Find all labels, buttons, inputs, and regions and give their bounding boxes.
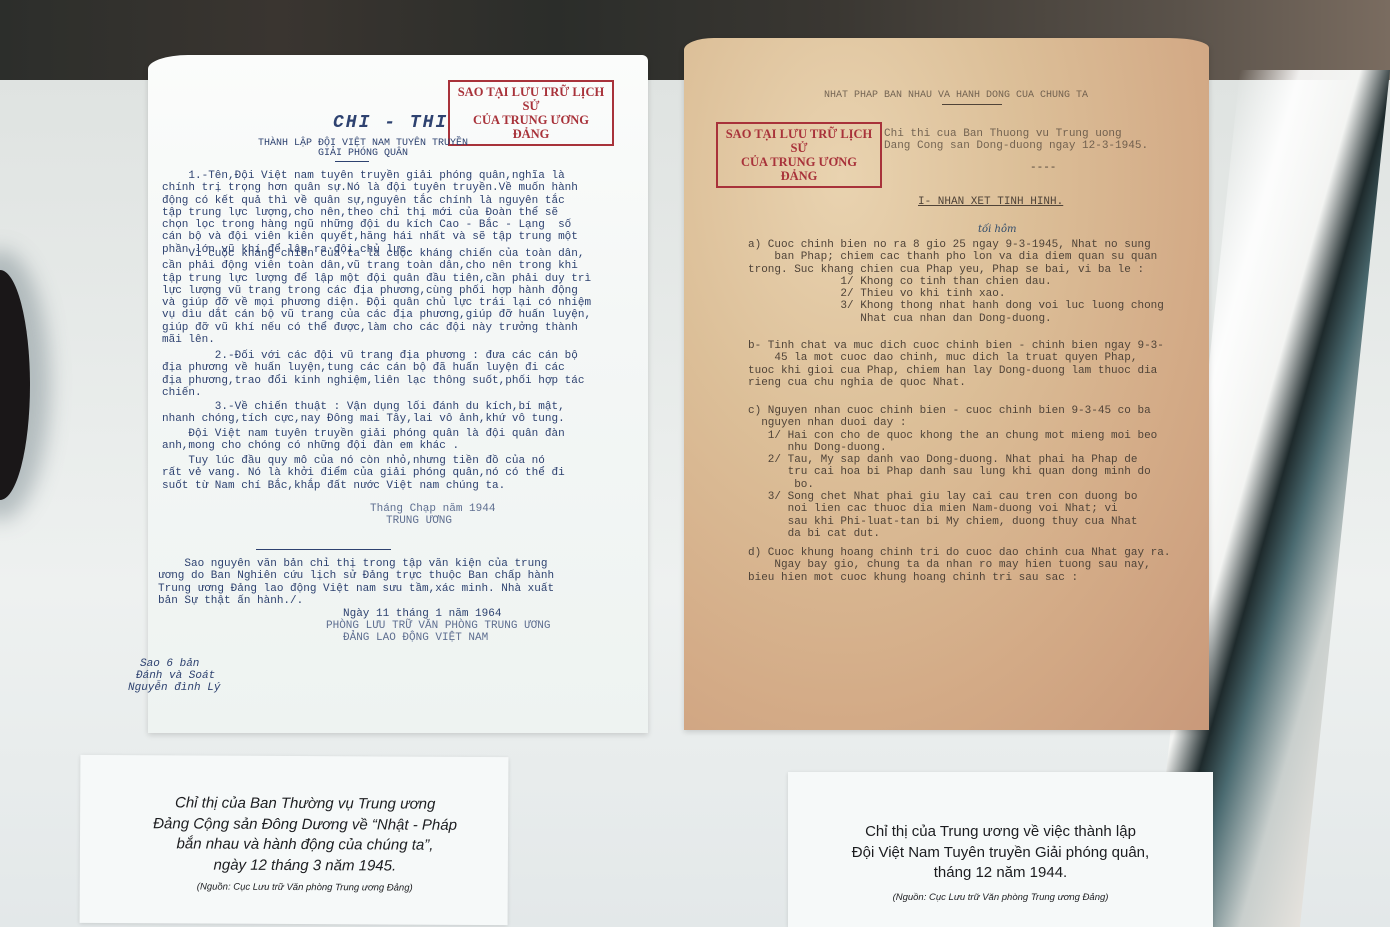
stamp-line-1: SAO TẠI LƯU TRỮ LỊCH SỬ: [724, 127, 874, 155]
intro-line-1: Chi thi cua Ban Thuong vu Trung uong: [884, 128, 1122, 140]
intro-line-2: Dang Cong san Dong-duong ngay 12-3-1945.: [884, 140, 1148, 152]
section-title: I- NHAN XET TINH HINH.: [918, 196, 1063, 208]
caption-card-left: Chỉ thị của Ban Thường vụ Trung ương Đản…: [80, 755, 509, 925]
document-nhat-phap-1945: NHAT PHAP BAN NHAU VA HANH DONG CUA CHUN…: [684, 38, 1209, 730]
caption-right-source: (Nguồn: Cục Lưu trữ Văn phòng Trung ương…: [808, 892, 1193, 903]
separator-rule: [256, 549, 391, 550]
caption-left-source: (Nguồn: Cục Lưu trữ Văn phòng Trung ương…: [120, 881, 490, 894]
paragraph-d: d) Cuoc khung hoang chinh tri do cuoc da…: [748, 547, 1170, 584]
header-underline: [942, 104, 1002, 105]
copier-line-1: Sao 6 bản: [140, 658, 199, 670]
stamp-line-1: SAO TẠI LƯU TRỮ LỊCH SỬ: [456, 85, 606, 113]
copier-line-3: Nguyễn đình Lý: [128, 682, 220, 694]
paragraph-4: 3.-Về chiến thuật : Vận dụng lối đánh du…: [162, 401, 565, 426]
archive-stamp: SAO TẠI LƯU TRỮ LỊCH SỬ CỦA TRUNG ƯƠNG Đ…: [448, 80, 614, 146]
document-subtitle-2: GIẢI PHÓNG QUÂN: [318, 149, 408, 159]
archive-office: PHÒNG LƯU TRỮ VĂN PHÒNG TRUNG ƯƠNG: [326, 620, 550, 632]
document-title: CHI - THI: [333, 117, 448, 129]
copy-note: Sao nguyên văn bản chỉ thị trong tập văn…: [158, 558, 554, 607]
date-line: Tháng Chạp năm 1944: [370, 503, 495, 515]
handwritten-note: tối hôm: [978, 224, 1016, 236]
paragraph-1: 1.-Tên,Đội Việt nam tuyên truyền giải ph…: [162, 170, 578, 256]
dash-separator: ----: [1030, 162, 1056, 174]
archive-party: ĐẢNG LAO ĐỘNG VIỆT NAM: [343, 632, 488, 644]
paragraph-2: Vì cuộc kháng chiến của ta là cuộc kháng…: [162, 248, 591, 346]
caption-card-right: Chỉ thị của Trung ương về việc thành lập…: [788, 772, 1213, 927]
paragraph-3: 2.-Đối với các đội vũ trang địa phương :…: [162, 350, 584, 399]
signature-trung-uong: TRUNG ƯƠNG: [386, 515, 452, 527]
document-header: NHAT PHAP BAN NHAU VA HANH DONG CUA CHUN…: [824, 90, 1088, 102]
paragraph-a: a) Cuoc chinh bien no ra 8 gio 25 ngay 9…: [748, 239, 1164, 325]
document-chi-thi-1944: SAO TẠI LƯU TRỮ LỊCH SỬ CỦA TRUNG ƯƠNG Đ…: [148, 55, 648, 733]
caption-left-text: Chỉ thị của Ban Thường vụ Trung ương Đản…: [115, 793, 495, 877]
paragraph-c: c) Nguyen nhan cuoc chinh bien - cuoc ch…: [748, 405, 1157, 540]
caption-right-text: Chỉ thị của Trung ương về việc thành lập…: [808, 822, 1193, 884]
archive-date: Ngày 11 tháng 1 năm 1964: [343, 608, 501, 620]
paragraph-b: b- Tinh chat va muc dich cuoc chinh bien…: [748, 340, 1164, 389]
copier-line-2: Đánh và Soát: [136, 670, 215, 682]
stamp-line-2: CỦA TRUNG ƯƠNG ĐẢNG: [456, 113, 606, 141]
title-underline: [335, 161, 369, 162]
stamp-line-2: CỦA TRUNG ƯƠNG ĐẢNG: [724, 155, 874, 183]
paragraph-5: Đội Việt nam tuyên truyền giải phóng quâ…: [162, 428, 565, 453]
paragraph-6: Tuy lúc đầu quy mô của nó còn nhỏ,nhưng …: [162, 455, 565, 492]
archive-stamp: SAO TẠI LƯU TRỮ LỊCH SỬ CỦA TRUNG ƯƠNG Đ…: [716, 122, 882, 188]
